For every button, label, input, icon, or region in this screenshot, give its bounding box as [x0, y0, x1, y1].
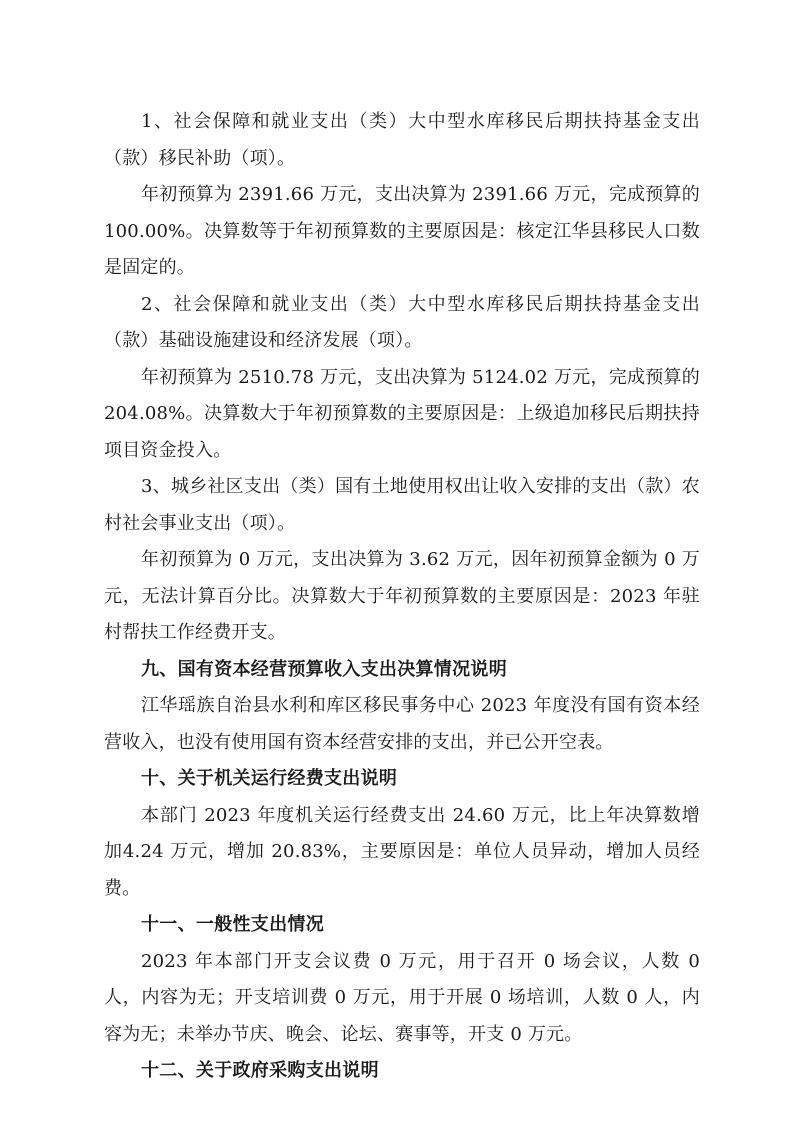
section-10-body: 本部门 2023 年度机关运行经费支出 24.60 万元，比上年决算数增加4.2… — [104, 798, 700, 908]
item-3-title: 3、城乡社区支出（类）国有土地使用权出让收入安排的支出（款）农村社会事业支出（项… — [104, 469, 700, 542]
item-1-detail: 年初预算为 2391.66 万元，支出决算为 2391.66 万元，完成预算的1… — [104, 177, 700, 287]
item-2-detail: 年初预算为 2510.78 万元，支出决算为 5124.02 万元，完成预算的2… — [104, 360, 700, 470]
item-2-title: 2、社会保障和就业支出（类）大中型水库移民后期扶持基金支出（款）基础设施建设和经… — [104, 287, 700, 360]
section-10-heading: 十、关于机关运行经费支出说明 — [104, 761, 700, 798]
item-1-title: 1、社会保障和就业支出（类）大中型水库移民后期扶持基金支出（款）移民补助（项）。 — [104, 104, 700, 177]
section-11-body: 2023 年本部门开支会议费 0 万元，用于召开 0 场会议，人数 0 人，内容… — [104, 944, 700, 1054]
section-12-heading: 十二、关于政府采购支出说明 — [104, 1053, 700, 1090]
section-9-heading: 九、国有资本经营预算收入支出决算情况说明 — [104, 652, 700, 689]
document-page: 1、社会保障和就业支出（类）大中型水库移民后期扶持基金支出（款）移民补助（项）。… — [104, 104, 700, 1090]
item-3-detail: 年初预算为 0 万元，支出决算为 3.62 万元，因年初预算金额为 0 万元，无… — [104, 542, 700, 652]
section-11-heading: 十一、一般性支出情况 — [104, 907, 700, 944]
section-9-body: 江华瑶族自治县水利和库区移民事务中心 2023 年度没有国有资本经营收入，也没有… — [104, 688, 700, 761]
